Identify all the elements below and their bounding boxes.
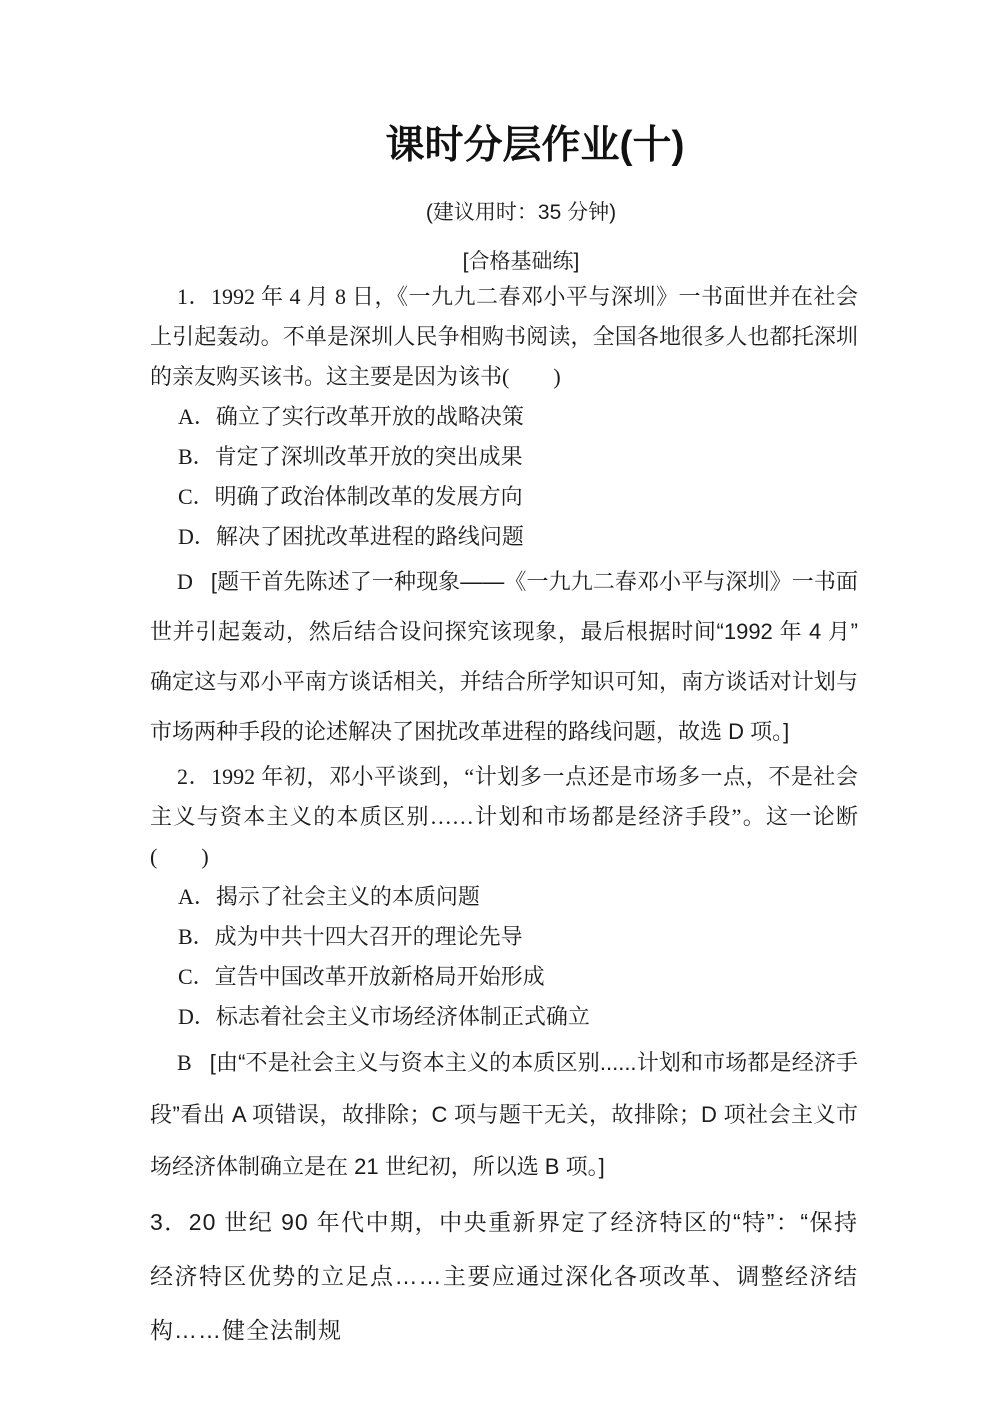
question-2-option-b: B．成为中共十四大召开的理论先导 bbox=[150, 917, 858, 957]
question-2: 2．1992 年初，邓小平谈到，“计划多一点还是市场多一点，不是社会主义与资本主… bbox=[150, 757, 858, 1193]
question-1-answer-letter: D bbox=[177, 569, 193, 594]
question-1-option-c: C．明确了政治体制改革的发展方向 bbox=[150, 477, 858, 517]
question-2-stem: 2．1992 年初，邓小平谈到，“计划多一点还是市场多一点，不是社会主义与资本主… bbox=[150, 757, 858, 877]
question-1: 1．1992 年 4 月 8 日，《一九九二春邓小平与深圳》一书面世并在社会上引… bbox=[150, 277, 858, 757]
question-1-answer: D[题干首先陈述了一种现象——《一九九二春邓小平与深圳》一书面世并引起轰动，然后… bbox=[150, 557, 858, 757]
question-1-stem: 1．1992 年 4 月 8 日，《一九九二春邓小平与深圳》一书面世并在社会上引… bbox=[150, 277, 858, 397]
question-2-answer-explanation: [由“不是社会主义与资本主义的本质区别......计划和市场都是经济手段”看出 … bbox=[150, 1050, 858, 1179]
question-1-options: A．确立了实行改革开放的战略决策 B．肯定了深圳改革开放的突出成果 C．明确了政… bbox=[150, 397, 858, 557]
page-title: 课时分层作业(十) bbox=[150, 122, 858, 169]
question-2-option-d: D．标志着社会主义市场经济体制正式确立 bbox=[150, 997, 858, 1037]
question-3: 3．20 世纪 90 年代中期，中央重新界定了经济特区的“特”：“保持经济特区优… bbox=[150, 1195, 858, 1357]
question-1-option-a: A．确立了实行改革开放的战略决策 bbox=[150, 397, 858, 437]
question-2-option-c: C．宣告中国改革开放新格局开始形成 bbox=[150, 957, 858, 997]
question-2-answer: B[由“不是社会主义与资本主义的本质区别......计划和市场都是经济手段”看出… bbox=[150, 1037, 858, 1193]
suggested-time: (建议用时：35 分钟) bbox=[150, 200, 858, 226]
question-2-option-a: A．揭示了社会主义的本质问题 bbox=[150, 877, 858, 917]
question-1-answer-explanation: [题干首先陈述了一种现象——《一九九二春邓小平与深圳》一书面世并引起轰动，然后结… bbox=[150, 569, 858, 744]
question-1-option-d: D．解决了困扰改革进程的路线问题 bbox=[150, 517, 858, 557]
question-3-stem: 3．20 世纪 90 年代中期，中央重新界定了经济特区的“特”：“保持经济特区优… bbox=[150, 1195, 858, 1357]
worksheet-page: 课时分层作业(十) (建议用时：35 分钟) [合格基础练] 1．1992 年 … bbox=[0, 0, 1000, 1414]
section-header: [合格基础练] bbox=[150, 249, 858, 275]
question-2-answer-letter: B bbox=[177, 1050, 192, 1075]
question-2-options: A．揭示了社会主义的本质问题 B．成为中共十四大召开的理论先导 C．宣告中国改革… bbox=[150, 877, 858, 1037]
question-1-option-b: B．肯定了深圳改革开放的突出成果 bbox=[150, 437, 858, 477]
